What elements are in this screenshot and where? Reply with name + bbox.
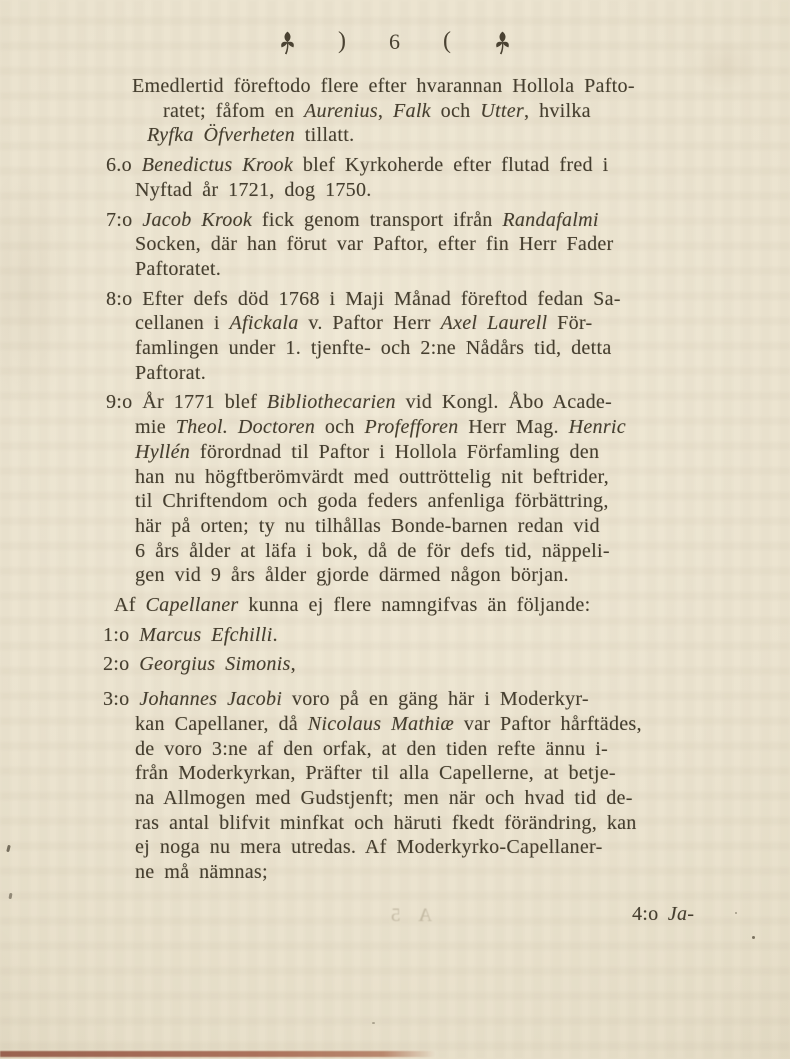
- roman-text: Socken, där han förut var Paftor, efter …: [135, 233, 614, 255]
- roman-text: tillatt.: [295, 124, 354, 146]
- roman-text: För-: [547, 312, 592, 334]
- catchword: 4:o Ja-: [632, 903, 694, 926]
- italic-text: Falk: [393, 100, 431, 122]
- roman-text: och: [431, 100, 480, 122]
- roman-text: 3:o: [103, 688, 139, 710]
- roman-text: Emedlertid föreftodo flere efter hvarann…: [132, 75, 635, 97]
- roman-text: v. Paftor Herr: [299, 312, 441, 334]
- text-line: 6.o Benedictus Krook blef Kyrkoherde eft…: [0, 153, 790, 178]
- roman-text: var Paftor hårftädes,: [454, 713, 642, 735]
- scan-edge-artifact: [0, 1051, 436, 1057]
- catchword-number: 4:o: [632, 903, 668, 925]
- catchword-word: Ja-: [668, 903, 694, 925]
- roman-text: 2:o: [103, 653, 139, 675]
- header-bracket-left: ): [338, 28, 347, 55]
- text-line: från Moderkyrkan, Präfter til alla Capel…: [0, 761, 790, 786]
- roman-text: 1:o: [103, 624, 139, 646]
- italic-text: Ryfka Öfverheten: [147, 124, 295, 146]
- roman-text: kunna ej flere namngifvas än följande:: [239, 594, 591, 616]
- roman-text: 6 års ålder at läfa i bok, då de för def…: [135, 540, 610, 562]
- italic-text: Jacob Krook: [142, 209, 252, 231]
- roman-text: Af: [114, 594, 146, 616]
- italic-text: Hyllén: [135, 441, 190, 463]
- text-line: Nyftad år 1721, dog 1750.: [0, 178, 790, 203]
- roman-text: här på orten; ty nu tilhållas Bonde-barn…: [135, 515, 600, 537]
- roman-text: och: [315, 416, 364, 438]
- text-line: Af Capellaner kunna ej flere namngifvas …: [0, 593, 790, 618]
- italic-text: Theol. Doctoren: [176, 416, 315, 438]
- italic-text: Afickala: [229, 312, 298, 334]
- roman-text: ,: [378, 100, 393, 122]
- text-block: Emedlertid föreftodo flere efter hvarann…: [0, 74, 790, 885]
- text-line: han nu högftberömvärdt med outtröttelig …: [0, 465, 790, 490]
- roman-text: , hvilka: [524, 100, 591, 122]
- page-header: ) 6 (: [0, 28, 790, 55]
- roman-text: blef Kyrkoherde efter flutad fred i: [293, 154, 608, 176]
- roman-text: na Allmogen med Gudstjenft; men när och …: [135, 787, 633, 809]
- fleuron-ornament-icon: [494, 31, 511, 56]
- italic-text: Utter: [480, 100, 524, 122]
- roman-text: de voro 3:ne af den orfak, at den tiden …: [135, 738, 608, 760]
- roman-text: ratet; fåfom en: [163, 100, 304, 122]
- italic-text: Aurenius: [304, 100, 378, 122]
- text-line: famlingen under 1. tjenfte- och 2:ne Nåd…: [0, 336, 790, 361]
- roman-text: 7:o: [106, 209, 142, 231]
- text-line: ne må nämnas;: [0, 860, 790, 885]
- roman-text: från Moderkyrkan, Präfter til alla Capel…: [135, 762, 616, 784]
- roman-text: 6.o: [106, 154, 142, 176]
- roman-text: ej noga nu mera utredas. Af Moderkyrko-C…: [135, 836, 603, 858]
- ink-mark: [9, 893, 13, 899]
- fleuron-ornament-icon: [279, 31, 296, 56]
- roman-text: vid Kongl. Åbo Acade-: [396, 391, 612, 413]
- text-line: Emedlertid föreftodo flere efter hvarann…: [0, 74, 790, 99]
- show-through-signature: A 5: [384, 905, 432, 927]
- roman-text: kan Capellaner, då: [135, 713, 308, 735]
- italic-text: Axel Laurell: [441, 312, 548, 334]
- roman-text: Herr Mag.: [458, 416, 568, 438]
- text-line: ras antal blifvit minfkat och häruti fke…: [0, 811, 790, 836]
- roman-text: gen vid 9 års ålder gjorde därmed någon …: [135, 564, 569, 586]
- italic-text: Johannes Jacobi: [139, 688, 282, 710]
- italic-text: Bibliothecarien: [267, 391, 396, 413]
- text-line: gen vid 9 års ålder gjorde därmed någon …: [0, 563, 790, 588]
- roman-text: Paftoratet.: [135, 258, 221, 280]
- italic-text: Capellaner: [146, 594, 239, 616]
- text-line: ratet; fåfom en Aurenius, Falk och Utter…: [0, 99, 790, 124]
- italic-text: Henric: [569, 416, 626, 438]
- roman-text: til Chriftendom och goda feders anfenlig…: [135, 490, 609, 512]
- text-line: mie Theol. Doctoren och Profefforen Herr…: [0, 415, 790, 440]
- text-line: Ryfka Öfverheten tillatt.: [0, 123, 790, 148]
- ink-speck: [735, 912, 737, 914]
- text-line: ej noga nu mera utredas. Af Moderkyrko-C…: [0, 835, 790, 860]
- text-line: 8:o Efter defs död 1768 i Maji Månad för…: [0, 287, 790, 312]
- text-line: här på orten; ty nu tilhållas Bonde-barn…: [0, 514, 790, 539]
- italic-text: Profefforen: [364, 416, 458, 438]
- scanned-page: ) 6 ( Emedlertid föreftodo flere efter h…: [0, 0, 790, 1059]
- roman-text: ras antal blifvit minfkat och häruti fke…: [135, 812, 637, 834]
- text-line: 7:o Jacob Krook fick genom transport ifr…: [0, 208, 790, 233]
- roman-text: fick genom transport ifrån: [252, 209, 502, 231]
- roman-text: mie: [135, 416, 176, 438]
- italic-text: Georgius Simonis: [139, 653, 290, 675]
- roman-text: han nu högftberömvärdt med outtröttelig …: [135, 466, 609, 488]
- text-line: 2:o Georgius Simonis,: [0, 652, 790, 677]
- roman-text: Paftorat.: [135, 362, 206, 384]
- text-line: 9:o År 1771 blef Bibliothecarien vid Kon…: [0, 390, 790, 415]
- italic-text: Marcus Efchilli: [139, 624, 272, 646]
- text-line: 6 års ålder at läfa i bok, då de för def…: [0, 539, 790, 564]
- text-line: Hyllén förordnad til Paftor i Hollola Fö…: [0, 440, 790, 465]
- italic-text: Nicolaus Mathiæ: [308, 713, 454, 735]
- text-line: kan Capellaner, då Nicolaus Mathiæ var P…: [0, 712, 790, 737]
- text-line: cellanen i Afickala v. Paftor Herr Axel …: [0, 311, 790, 336]
- roman-text: ,: [291, 653, 296, 675]
- text-line: na Allmogen med Gudstjenft; men när och …: [0, 786, 790, 811]
- text-line: Paftoratet.: [0, 257, 790, 282]
- roman-text: 8:o Efter defs död 1768 i Maji Månad för…: [106, 288, 621, 310]
- roman-text: .: [273, 624, 278, 646]
- text-line: Paftorat.: [0, 361, 790, 386]
- text-line: til Chriftendom och goda feders anfenlig…: [0, 489, 790, 514]
- italic-text: Randafalmi: [502, 209, 598, 231]
- roman-text: 9:o År 1771 blef: [106, 391, 267, 413]
- roman-text: famlingen under 1. tjenfte- och 2:ne Nåd…: [135, 337, 612, 359]
- ink-speck: [372, 1022, 375, 1024]
- roman-text: Nyftad år 1721, dog 1750.: [135, 179, 372, 201]
- roman-text: förordnad til Paftor i Hollola Förfamlin…: [190, 441, 599, 463]
- text-line: 3:o Johannes Jacobi voro på en gäng här …: [0, 687, 790, 712]
- text-line: 1:o Marcus Efchilli.: [0, 623, 790, 648]
- text-line: de voro 3:ne af den orfak, at den tiden …: [0, 737, 790, 762]
- roman-text: cellanen i: [135, 312, 229, 334]
- italic-text: Benedictus Krook: [142, 154, 293, 176]
- text-line: Socken, där han förut var Paftor, efter …: [0, 232, 790, 257]
- page-number: 6: [389, 29, 401, 55]
- roman-text: voro på en gäng här i Moderkyr-: [282, 688, 589, 710]
- ink-speck: [752, 936, 755, 939]
- header-bracket-right: (: [443, 28, 452, 55]
- roman-text: ne må nämnas;: [135, 861, 268, 883]
